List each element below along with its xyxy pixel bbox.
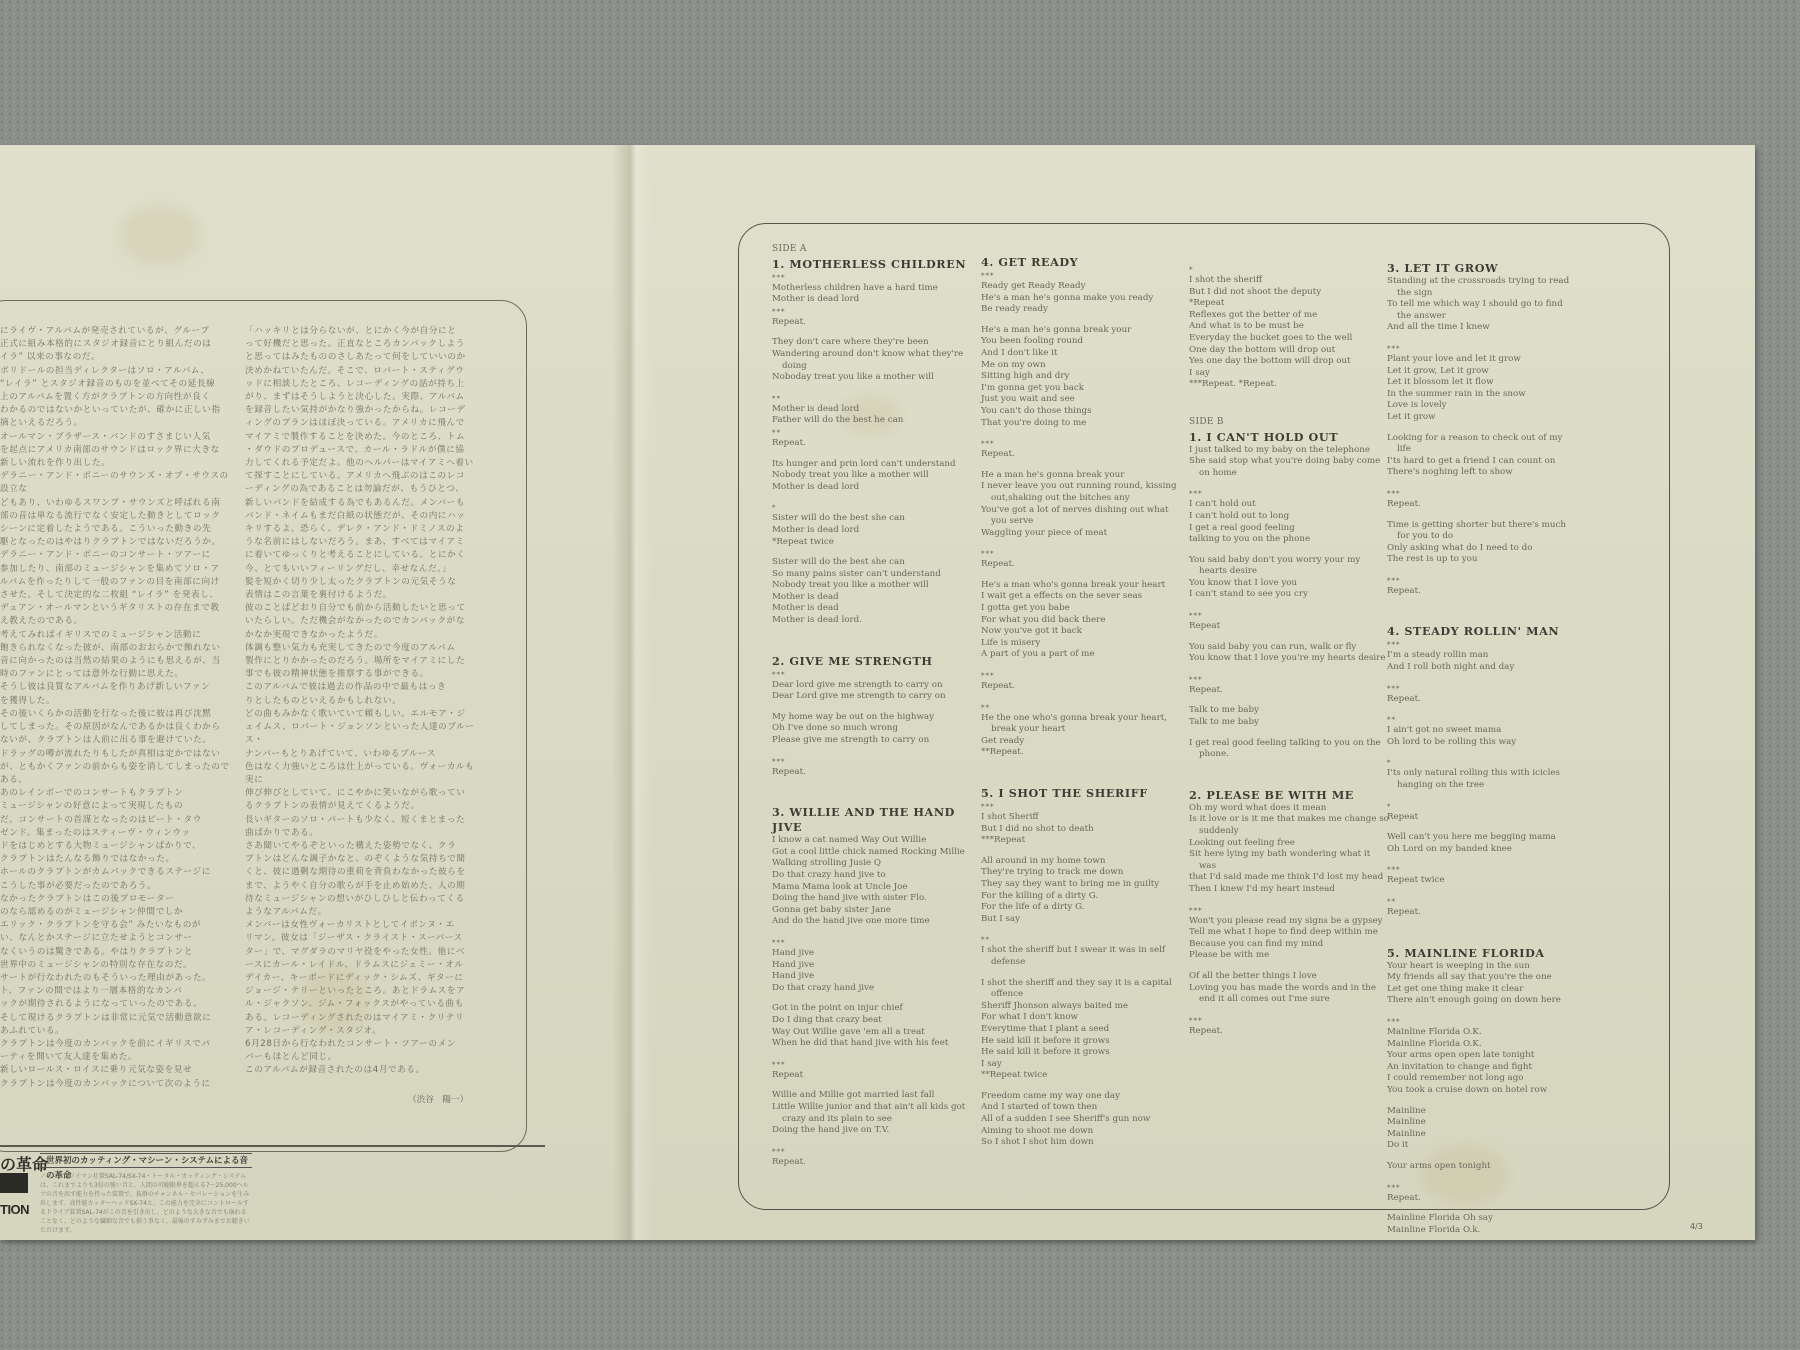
chorus-marker: ***: [1387, 684, 1577, 694]
lyric-line: And I don't like it: [981, 348, 1181, 360]
lyric-line: I get a real good feeling: [1189, 523, 1389, 535]
liner-notes-line: 曲ばかりである。: [245, 827, 480, 840]
liner-notes-line: いたらしい。ただ機会がなかったのでカンバックがな: [245, 615, 480, 628]
stanza-spacer: [772, 747, 972, 756]
lyric-line: For what I don't know: [981, 1012, 1181, 1024]
liner-notes-line: が、ともかくファンの前からも姿を消してしまったのである。: [0, 761, 235, 787]
lyric-line: Just you wait and see: [981, 394, 1181, 406]
lyric-line: My home way be out on the highway: [772, 712, 972, 724]
song-section: 3. LET IT GROWStanding at the crossroads…: [1387, 261, 1577, 597]
liner-notes-line: シーンに定着したようである。こういった動きの先: [0, 523, 235, 536]
liner-notes-line: い、なんとかステージに立たせようとコンサー: [0, 932, 235, 945]
liner-notes-line: 彼のことばどおり自分でも前から活動したいと思って: [245, 602, 480, 615]
lyrics-frame: SIDE A1. MOTHERLESS CHILDREN***Motherles…: [738, 223, 1670, 1210]
lyric-line: Repeat.: [772, 317, 972, 329]
lyric-line: Repeat.: [981, 681, 1181, 693]
page-number: 4/3: [1690, 1222, 1703, 1231]
chorus-marker: *: [772, 503, 972, 513]
lyric-line: I'ts only natural rolling this with icic…: [1387, 768, 1577, 791]
lyric-line: Repeat: [1189, 621, 1389, 633]
lyric-line: Let it blossom let it flow: [1387, 377, 1577, 389]
chorus-marker: **: [772, 428, 972, 438]
song-title: 5. MAINLINE FLORIDA: [1387, 946, 1577, 961]
lyric-line: Do that crazy hand jive to: [772, 870, 972, 882]
chorus-marker: ***: [1189, 489, 1389, 499]
stanza-spacer: [981, 429, 1181, 438]
lyric-line: Won't you please read my signs be a gyps…: [1189, 916, 1389, 928]
chorus-marker: *: [1387, 802, 1577, 812]
lyric-line: All around in my home town: [981, 856, 1181, 868]
lyric-line: She said stop what you're doing baby com…: [1189, 456, 1389, 479]
ad-title: 世界初のカッティング・マシーン・システムによる音の革命: [40, 1153, 252, 1168]
stanza-spacer: [772, 328, 972, 337]
lyric-line: Repeat.: [772, 767, 972, 779]
liner-notes-line: してしまった。その原因がなんであるかは良くわから: [0, 721, 235, 734]
lyric-line: Sit here lying my bath wondering what it…: [1189, 849, 1389, 872]
lyric-line: There's noghing left to show: [1387, 467, 1577, 479]
lyric-line: But I say: [981, 914, 1181, 926]
liner-notes-line: を録音したい気持がかなり強かったからね。レコーデ: [245, 404, 480, 417]
song-section: 3. WILLIE AND THE HAND JIVEI know a cat …: [772, 778, 972, 1168]
section-spacer: [981, 759, 1181, 785]
lyric-line: My friends all say that you're the one: [1387, 972, 1577, 984]
chorus-marker: **: [981, 935, 1181, 945]
song-title: 4. STEADY ROLLIN' MAN: [1387, 624, 1577, 639]
liner-notes-line: クラプトンは今度のカンバックを前にイギリスでパ: [0, 1038, 235, 1051]
lyric-line: And what is to be must be: [1189, 321, 1389, 333]
liner-notes-line: るクラプトンの表情が見えてくるようだ。: [245, 800, 480, 813]
liner-notes-line: サートが行なわれたのもそういった理由があった。: [0, 972, 235, 985]
liner-notes-line: ・ダウドのプロデュースで、カール・ラドルが僕に協: [245, 444, 480, 457]
lyric-line: He said kill it before it grows: [981, 1036, 1181, 1048]
lyric-line: Mother is dead: [772, 592, 972, 604]
liner-notes-line: 考えてみればイギリスでのミュージシャン活動に: [0, 629, 235, 642]
stanza-spacer: [1387, 887, 1577, 896]
lyric-line: I know a cat named Way Out Willie: [772, 835, 972, 847]
liner-notes-line: プトンはどんな調子かなと、のぞくような気持ちで聞: [245, 853, 480, 866]
liner-notes-line: ドラッグの噂が流れたりもしたが真相は定かではない: [0, 748, 235, 761]
stanza-spacer: [1387, 334, 1577, 343]
chorus-marker: ***: [1189, 1016, 1389, 1026]
chorus-marker: ***: [1387, 344, 1577, 354]
chorus-marker: ***: [981, 671, 1181, 681]
liner-notes-line: ックが期待されるようになっていったのである。: [0, 998, 235, 1011]
chorus-marker: *: [1189, 265, 1389, 275]
lyric-line: Mama Mama look at Uncle Joe: [772, 882, 972, 894]
liner-notes-line: クラプトンは今度のカンバックについて次のように: [0, 1078, 235, 1091]
stanza-spacer: [772, 1137, 972, 1146]
song-title: 1. I CAN'T HOLD OUT: [1189, 430, 1389, 445]
lyric-line: Life is misery: [981, 638, 1181, 650]
cutting-system-ad: の革命 TION 世界初のカッティング・マシーン・システムによる音の革命 ノイマ…: [0, 1145, 545, 1225]
side-label: SIDE B: [1189, 417, 1389, 429]
lyric-line: The rest is up to you: [1387, 554, 1577, 566]
lyric-line: Mainline Florida O.K.: [1387, 1027, 1577, 1039]
song-title: 1. MOTHERLESS CHILDREN: [772, 257, 972, 272]
liner-notes-line: のなら認めるのがミュージシャン仲間でしか: [0, 906, 235, 919]
liner-notes-line: ある。レコーディングされたのはマイアミ・クリテリ: [245, 1012, 480, 1025]
liner-notes-line: 摘といえるだろう。: [0, 417, 235, 430]
chorus-marker: **: [772, 394, 972, 404]
stanza-spacer: [772, 1050, 972, 1059]
lyric-line: Mother is dead lord: [772, 294, 972, 306]
stanza-spacer: [1387, 424, 1577, 433]
section-spacer: [1189, 761, 1389, 787]
lyric-line: Looking out feeling free: [1189, 838, 1389, 850]
liner-notes-line: キリするよ。恐らく、デレク・アンド・ドミノスのよ: [245, 523, 480, 536]
lyric-line: Repeat.: [1189, 685, 1389, 697]
lyric-line: Is it love or is it me that makes me cha…: [1189, 814, 1389, 837]
chorus-marker: ***: [1189, 906, 1389, 916]
lyric-line: Your arms open open late tonight: [1387, 1050, 1577, 1062]
stanza-spacer: [1189, 633, 1389, 642]
lyric-line: Looking for a reason to check out of my …: [1387, 433, 1577, 456]
liner-notes-line: ーティを開いて友人達を集めた。: [0, 1051, 235, 1064]
liner-notes-line: ポリドールの担当ディレクターはソロ・アルバム、: [0, 365, 235, 378]
section-spacer: [1387, 919, 1577, 945]
chorus-marker: *: [1387, 758, 1577, 768]
lyric-line: Be ready ready: [981, 304, 1181, 316]
lyric-line: Oh Lord on my banded knee: [1387, 844, 1577, 856]
lyric-line: Now you've got it back: [981, 626, 1181, 638]
stanza-spacer: [1189, 962, 1389, 971]
stanza-spacer: [772, 493, 972, 502]
stanza-spacer: [1189, 729, 1389, 738]
lyric-line: I say: [981, 1059, 1181, 1071]
liner-notes-line: ーディングの為であることは勿論だが、もうひとつ、: [245, 483, 480, 496]
liner-notes-line: を起点にアメリカ南部のサウンドはロック界に大きな: [0, 444, 235, 457]
lyric-line: I wait get a effects on the sever seas: [981, 591, 1181, 603]
lyric-line: Let it grow: [1387, 412, 1577, 424]
lyric-line: Hand jive: [772, 948, 972, 960]
song-title: 4. GET READY: [981, 255, 1181, 270]
lyric-line: All of a sudden I see Sheriff's gun now: [981, 1114, 1181, 1126]
lyric-line: Repeat twice: [1387, 875, 1577, 887]
section-spacer: [772, 627, 972, 653]
lyric-line: I get real good feeling talking to you o…: [1189, 738, 1389, 761]
liner-notes-line: って好機だと思った。正直なところカンバックしよう: [245, 338, 480, 351]
liner-notes-line: デラニー・アンド・ボニーのコンサート・ツアーに: [0, 549, 235, 562]
liner-notes-line: ル・ジャクソン、ジム・フォックスがやっている曲も: [245, 998, 480, 1011]
stanza-spacer: [772, 450, 972, 459]
liner-notes-line: 新しいバンドを結成する為でもあるんだ。メンバーも: [245, 497, 480, 510]
liner-notes-line: ナンバーもとりあげていて、いわゆるブルース: [245, 748, 480, 761]
stanza-spacer: [981, 1082, 1181, 1091]
lyric-line: Do that crazy hand jive: [772, 983, 972, 995]
liner-notes-line: エリック・クラプトンを守る会” みたいなものが: [0, 919, 235, 932]
lyric-line: Yes one day the bottom will drop out: [1189, 356, 1389, 368]
lyric-line: Hand jive: [772, 971, 972, 983]
lyric-line: Repeat.: [772, 1157, 972, 1169]
chorus-marker: ***: [981, 439, 1181, 449]
lyric-line: You said baby don't you worry your my he…: [1189, 555, 1389, 578]
lyric-line: ***Repeat. *Repeat.: [1189, 379, 1389, 391]
lyric-line: Let it grow, Let it grow: [1387, 366, 1577, 378]
stanza-spacer: [1189, 1006, 1389, 1015]
lyric-line: He a man he's gonna break your: [981, 470, 1181, 482]
lyric-line: Repeat.: [1387, 499, 1577, 511]
lyric-line: Then I knew I'd my heart instead: [1189, 884, 1389, 896]
lyric-line: Everyday the bucket goes to the well: [1189, 333, 1389, 345]
stanza-spacer: [981, 925, 1181, 934]
lyric-line: Repeat: [772, 1070, 972, 1082]
lyric-line: Repeat.: [981, 449, 1181, 461]
liner-notes-line: 体調も整い気力も充実してきたので今度のアルバム: [245, 642, 480, 655]
section-spacer: [772, 778, 972, 804]
liner-notes-line: リマン。彼女は「ジーザス・クライスト・スーパース: [245, 932, 480, 945]
stanza-spacer: [1387, 674, 1577, 683]
liner-notes-line: こうした事が必要だったのであろう。: [0, 880, 235, 893]
chorus-marker: ***: [1387, 1183, 1577, 1193]
lyric-line: Oh my word what does it mean: [1189, 803, 1389, 815]
lyric-line: Mainline: [1387, 1129, 1577, 1141]
lyric-line: Please give me strength to carry on: [772, 735, 972, 747]
lyric-line: I'ts hard to get a friend I can count on: [1387, 456, 1577, 468]
lyric-line: I'm a steady rollin man: [1387, 650, 1577, 662]
stanza-spacer: [981, 847, 1181, 856]
lyric-line: I shot the sheriff but I swear it was in…: [981, 945, 1181, 968]
lyric-line: I can't hold out to long: [1189, 511, 1389, 523]
stanza-spacer: [981, 571, 1181, 580]
lyric-line: ***Repeat: [981, 835, 1181, 847]
stanza-spacer: [772, 703, 972, 712]
liner-notes-line: 参加したり、南部のミュージシャンを集めてソロ・ア: [0, 563, 235, 576]
lyric-line: Loving you has made the words and in the…: [1189, 983, 1389, 1006]
ad-logo-mark: [0, 1173, 28, 1193]
song-title: 5. I SHOT THE SHERIFF: [981, 786, 1181, 801]
stanza-spacer: [981, 316, 1181, 325]
liner-notes-line: このアルバムが録音されたのは4月である。: [245, 1064, 480, 1077]
lyric-line: Repeat.: [1387, 907, 1577, 919]
liner-notes-line: さあ聞いてやるぞといった構えた姿勢でなく、クラ: [245, 840, 480, 853]
ad-body: ノイマン・ノイマン社製SAL-74/SX-74・トータル・カッティング・システム…: [40, 1172, 252, 1235]
lyric-line: I say: [1189, 368, 1389, 380]
paper-stain: [120, 205, 200, 265]
lyric-line: Walking strolling Jusie Q: [772, 858, 972, 870]
song-section: 5. I SHOT THE SHERIFF***I shot SheriffBu…: [981, 759, 1181, 1149]
lyric-line: Mother is dead lord: [772, 525, 972, 537]
liner-notes-line: そうし彼は良質なアルバムを作りあげ新しいファン: [0, 681, 235, 694]
chorus-marker: ***: [772, 1147, 972, 1157]
lyric-line: Freedom came my way one day: [981, 1091, 1181, 1103]
stanza-spacer: [1189, 896, 1389, 905]
lyric-line: Aiming to shoot me down: [981, 1126, 1181, 1138]
stanza-spacer: [1387, 748, 1577, 757]
lyric-line: Mother is dead lord.: [772, 615, 972, 627]
chorus-marker: ***: [772, 757, 972, 767]
liner-notes-line: 新しいロールス・ロイスに乗り元気な姿を見せ: [0, 1064, 235, 1077]
liner-notes-line: あのレインボーでのコンサートもクラプトン: [0, 787, 235, 800]
stanza-spacer: [981, 969, 1181, 978]
stanza-spacer: [1189, 601, 1389, 610]
stanza-spacer: [981, 661, 1181, 670]
liner-notes-line: に着いてゆっくりと考えることにしている。とにかく: [245, 549, 480, 562]
lyric-line: You know that I love you're my hearts de…: [1189, 653, 1389, 665]
stanza-spacer: [1387, 566, 1577, 575]
lyric-line: They say they want to bring me in guilty: [981, 879, 1181, 891]
stanza-spacer: [772, 994, 972, 1003]
liner-notes-line: 新しい流れを作り出した。: [0, 457, 235, 470]
lyric-line: So I shot I shot him down: [981, 1137, 1181, 1149]
lyric-line: Repeat: [1387, 812, 1577, 824]
lyric-line: Way Out Willie gave 'em all a treat: [772, 1027, 972, 1039]
lyric-line: Sheriff Jhonson always baited me: [981, 1001, 1181, 1013]
liner-notes-line: ースにカール・レイドル、ドラムスにジェミー・オル: [245, 959, 480, 972]
liner-notes-line: 長いギターのソロ・パートも少なく、短くまとまった: [245, 814, 480, 827]
stanza-spacer: [772, 384, 972, 393]
lyric-line: Repeat.: [1189, 1026, 1389, 1038]
chorus-marker: ***: [1189, 611, 1389, 621]
lyric-line: Of all the better things I love: [1189, 971, 1389, 983]
lyric-line: I shot the sheriff: [1189, 275, 1389, 287]
lyric-line: Hand jive: [772, 960, 972, 972]
lyric-line: But I did no shot to death: [981, 824, 1181, 836]
lyric-line: Standing at the crossroads trying to rea…: [1387, 276, 1577, 299]
stanza-spacer: [772, 928, 972, 937]
liner-notes-line: うな名前にはしないだろう。まあ、すべてはマイアミ: [245, 536, 480, 549]
stanza-spacer: [1387, 855, 1577, 864]
lyric-line: Gonna get baby sister Jane: [772, 905, 972, 917]
lyric-line: Dear lord give me strength to carry on: [772, 680, 972, 692]
liner-notes-line: 音に向かったのは当然の結果のようにも思えるが、当: [0, 655, 235, 668]
liner-notes-line: バンド・ネイムもまだ白紙の状態だが、その内にハッ: [245, 510, 480, 523]
lp-insert-sheet: にライヴ・アルバムが発売されているが、グループ正式に組み本格的にスタジオ録音にと…: [0, 145, 1755, 1240]
lyric-line: You can't do those things: [981, 406, 1181, 418]
lyric-line: *Repeat: [1189, 298, 1389, 310]
side-label: SIDE A: [772, 244, 972, 256]
lyric-line: And I started of town then: [981, 1102, 1181, 1114]
lyric-line: Noboday treat you like a mother will: [772, 372, 972, 384]
lyric-line: I ain't got no sweet mama: [1387, 725, 1577, 737]
liner-notes-line: 今、とてもいいフィーリングだし、幸せなんだ。」: [245, 563, 480, 576]
liner-notes-line: かなか実現できなかったようだ。: [245, 629, 480, 642]
center-fold: [612, 145, 652, 1240]
lyric-line: Little Willie junior and that ain't all …: [772, 1102, 972, 1125]
lyric-line: Repeat.: [772, 438, 972, 450]
lyric-line: I just talked to my baby on the telephon…: [1189, 445, 1389, 457]
chorus-marker: ***: [772, 307, 972, 317]
lyric-line: I shot Sheriff: [981, 812, 1181, 824]
lyric-line: They don't care where they're been: [772, 337, 972, 349]
lyric-line: For the killing of a dirty G.: [981, 891, 1181, 903]
lyric-line: One day the bottom will drop out: [1189, 345, 1389, 357]
stanza-spacer: [1189, 696, 1389, 705]
lyric-line: *Repeat twice: [772, 537, 972, 549]
liner-notes-line: 表情はこの言葉を裏付けるようだ。: [245, 589, 480, 602]
liner-notes-line: え教えたのである。: [0, 615, 235, 628]
lyric-line: Love is lovely: [1387, 400, 1577, 412]
lyric-line: When he did that hand jive with his feet: [772, 1038, 972, 1050]
song-section: SIDE B1. I CAN'T HOLD OUTI just talked t…: [1189, 391, 1389, 761]
song-section: SIDE A1. MOTHERLESS CHILDREN***Motherles…: [772, 244, 972, 627]
song-title: 3. WILLIE AND THE HAND JIVE: [772, 805, 972, 835]
liner-notes-line: バーもほとんど同じ。: [245, 1051, 480, 1064]
liner-notes-line: なくいうのは驚きである。やはりクラプトンと: [0, 946, 235, 959]
lyric-line: Your heart is weeping in the sun: [1387, 961, 1577, 973]
lyric-line: And all the time I knew: [1387, 322, 1577, 334]
stanza-spacer: [1387, 1152, 1577, 1161]
liner-notes-line: クラプトンはたんなる飾りではなかった。: [0, 853, 235, 866]
liner-notes-line: 6月28日から行なわれたコンサート・ツアーのメン: [245, 1038, 480, 1051]
lyric-line: Sister will do the best she can: [772, 513, 972, 525]
lyric-line: Tell me what I hope to find deep within …: [1189, 927, 1389, 939]
lyric-line: Father will do the best he can: [772, 415, 972, 427]
lyric-line: Mainline Florida Oh say: [1387, 1213, 1577, 1225]
stanza-spacer: [981, 693, 1181, 702]
lyric-line: Nobody treat you like a mother will: [772, 580, 972, 592]
lyric-line: You took a cruise down on hotel row: [1387, 1085, 1577, 1097]
liner-notes-line: なかったクラプトンはこの後プロモーター: [0, 893, 235, 906]
lyric-line: Sitting high and dry: [981, 371, 1181, 383]
chorus-marker: ***: [772, 670, 972, 680]
liner-notes-line: どもあり、いわゆるスワンプ・サウンズと呼ばれる南: [0, 497, 235, 510]
lyric-line: Got a cool little chick named Rocking Mi…: [772, 847, 972, 859]
liner-notes-line: “レイラ” とスタジオ録音のものを並べてその延長線: [0, 378, 235, 391]
lyric-line: I could remember not long ago: [1387, 1073, 1577, 1085]
lyric-line: Get ready: [981, 736, 1181, 748]
liner-notes-line: このアルバムで彼は過去の作品の中で最もはっき: [245, 681, 480, 694]
liner-notes-line: ッドに相談したところ、レコーディングの話が持ち上: [245, 378, 480, 391]
chorus-marker: ***: [981, 549, 1181, 559]
liner-notes-line: りとしたものといえるかもしれない。: [245, 695, 480, 708]
lyric-line: Mother is dead lord: [772, 482, 972, 494]
lyric-line: Mainline: [1387, 1106, 1577, 1118]
lyric-line: Repeat.: [1387, 694, 1577, 706]
stanza-spacer: [1387, 792, 1577, 801]
stanza-spacer: [772, 548, 972, 557]
liner-notes-line: その後いくらかの活動を行なった後に彼は再び沈黙: [0, 708, 235, 721]
ad-divider: [0, 1145, 545, 1147]
chorus-marker: **: [1387, 897, 1577, 907]
liner-notes-line: あふれている。: [0, 1025, 235, 1038]
lyric-line: I shot the sheriff and they say it is a …: [981, 978, 1181, 1001]
lyric-line: Wandering around don't know what they're…: [772, 349, 972, 372]
stanza-spacer: [1387, 1173, 1577, 1182]
lyric-line: He said kill it before it grows: [981, 1047, 1181, 1059]
lyric-line: Mother is dead lord: [772, 404, 972, 416]
lyric-line: You've got a lot of nerves dishing out w…: [981, 505, 1181, 528]
liner-notes-line: ェイムス、ロバート・ジョンソンといった人達のブルース・: [245, 721, 480, 747]
lyric-line: And do the hand jive one more time: [772, 916, 972, 928]
lyric-line: Do it: [1387, 1140, 1577, 1152]
lyric-line: Do I ding that crazy beat: [772, 1015, 972, 1027]
liner-notes-line: 正式に組み本格的にスタジオ録音にとり組んだのは: [0, 338, 235, 351]
song-section: 2. GIVE ME STRENGTH***Dear lord give me …: [772, 627, 972, 779]
liner-notes-line: 力してくれる予定だよ。他のヘルパーはマイアミへ着い: [245, 457, 480, 470]
liner-notes-line: くと、彼に過剰な期待の重荷を背負わなかった彼らを: [245, 866, 480, 879]
lyric-line: He the one who's gonna break your heart,…: [981, 713, 1181, 736]
lyric-line: Me on my own: [981, 360, 1181, 372]
lyric-line: Its hunger and prin lord can't understan…: [772, 459, 972, 471]
liner-notes-line: を獲得した。: [0, 695, 235, 708]
lyric-line: I never leave you out running round, kis…: [981, 481, 1181, 504]
lyric-line: Please be with me: [1189, 950, 1389, 962]
lyric-line: Oh I've done so much wrong: [772, 723, 972, 735]
chorus-marker: ***: [1387, 1017, 1577, 1027]
lyric-line: Talk to me baby: [1189, 717, 1389, 729]
lyric-line: You been fooling round: [981, 336, 1181, 348]
chorus-marker: **: [981, 703, 1181, 713]
liner-notes-line: 待なミュージシャンの想いがひしひしと伝わってくる: [245, 893, 480, 906]
lyric-line: He's a man he's gonna break your: [981, 325, 1181, 337]
liner-notes-line: マイアミで製作することを決めた。今のところ、トム: [245, 431, 480, 444]
lyric-line: To tell me which way I should go to find…: [1387, 299, 1577, 322]
liner-notes-line: ト、ファンの間ではより一層本格的なカンバ: [0, 985, 235, 998]
liner-notes-line: そして現けるクラプトンは非常に元気で活動意欲に: [0, 1012, 235, 1025]
stanza-spacer: [772, 1081, 972, 1090]
song-section: 4. GET READY***Ready get Ready ReadyHe's…: [981, 255, 1181, 759]
lyric-line: But I did not shoot the deputy: [1189, 287, 1389, 299]
